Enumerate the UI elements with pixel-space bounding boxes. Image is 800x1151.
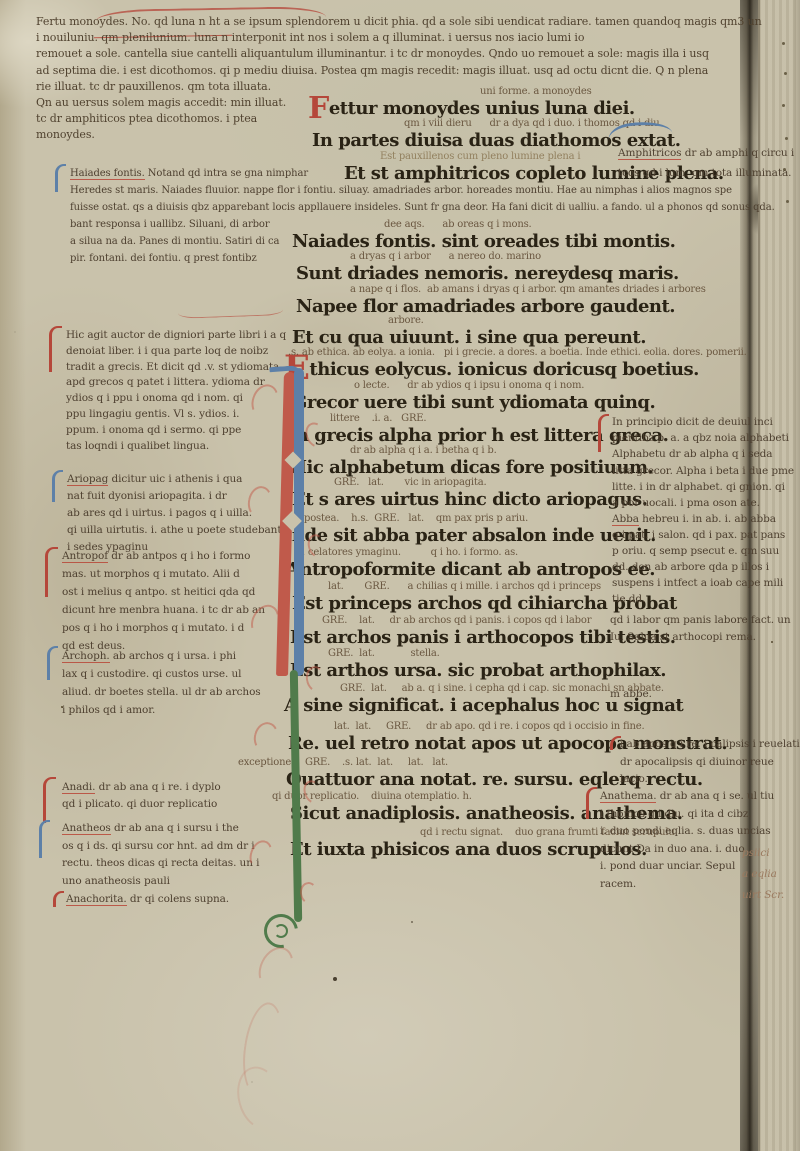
verse-line: qd i rectu signat. duo grana frumti faci… (290, 839, 647, 861)
gloss-lemma: Haiades fontis. (70, 168, 145, 180)
left-gloss-antropos: Antropof dr ab antpos q i ho i formo mas… (62, 547, 265, 655)
gloss-text: i ab apos q i re. i calipsis i reuelatio… (620, 738, 800, 785)
verse-text: thicus eolycus. ionicus doricusq boetius… (309, 359, 699, 380)
gloss-text: m abbe. (610, 688, 652, 700)
initial-spiral-curl (274, 924, 288, 938)
interlinear-gloss: a nape q i flos. ab amans i dryas q i ar… (350, 284, 706, 296)
verse-line: GRE. lat. vic in ariopagita.Et s ares ui… (292, 489, 647, 511)
interlinear-gloss: lat. lat. GRE. dr ab apo. qd i re. i cop… (334, 721, 644, 733)
paraph-mark (52, 470, 63, 502)
interlinear-gloss: lat. GRE. a chilias q i mille. i archos … (328, 581, 601, 593)
interlinear-gloss: .s. ab ethica. ab eolya. a ionia. pi i g… (288, 347, 747, 359)
gloss-text: hebreu i. in ab. i. ab abba q i pat. i s… (612, 513, 785, 605)
left-gloss-anadiplosis: Anadi. dr ab ana q i re. i dyplo qd i pl… (62, 779, 221, 813)
interlinear-gloss: arbore. (388, 315, 424, 327)
right-gloss-arthocopi: qd i labor qm panis labore fact. un Iu. … (610, 612, 791, 646)
gloss-lemma: Anathema. (600, 790, 656, 803)
ink-specks (333, 977, 337, 981)
paraph-mark (610, 736, 621, 750)
left-gloss-anachorita: Anachorita. dr qi colens supna. (66, 891, 229, 907)
gloss-lemma: Anadi. (62, 781, 95, 794)
initial-green-stroke (290, 670, 302, 922)
paraph-mark (55, 164, 66, 192)
gloss-lemma: Archoph. (62, 650, 110, 663)
verse-line: a nape q i flos. ab amans i dryas q i ar… (296, 296, 675, 318)
verse-text: Grecor uere tibi sunt ydiomata quinq. (292, 392, 655, 413)
gloss-text: dr ab antpos q i ho i formo mas. ut morp… (62, 550, 265, 652)
paraph-mark (47, 646, 58, 680)
rubricated-initial: F (308, 91, 329, 126)
verse-text: Inde sit abba pater absalon inde uenit. (284, 525, 656, 546)
verse-line: .i. celatores ymaginu. q i ho. i formo. … (286, 559, 655, 581)
verse-text: Antropoformite dicant ab antropos ee. (286, 559, 655, 580)
interlinear-gloss: Est pauxillenos cum pleno lumine plena i (380, 151, 580, 163)
gloss-lemma: Anatheos (62, 822, 111, 835)
interlinear-gloss: GRE. lat. vic in ariopagita. (334, 477, 486, 489)
paraph-mark (49, 326, 62, 372)
gloss-lemma: Abba (612, 513, 639, 526)
verse-line: GRE. lat. stella.Est arthos ursa. sic pr… (290, 660, 666, 682)
paraph-mark (39, 820, 50, 858)
gloss-text: In principio dicit de deuiul inci pienti… (612, 416, 794, 509)
verse-line: arbore.Et cu qua uiuunt. i sine qua pere… (292, 327, 646, 349)
decorated-initial-i (254, 366, 318, 1126)
paraph-mark (45, 547, 58, 597)
right-gloss-apocalipsis: i ab apos q i re. i calipsis i reuelatio… (620, 736, 800, 789)
paraph-mark (53, 891, 64, 907)
right-gloss-faded-fragment: psiici a eqlia uirt Scr. (742, 843, 784, 906)
verse-text: Hic alphabetum dicas fore positiuum. (290, 457, 653, 478)
interlinear-gloss: littere .i. a. GRE. (330, 413, 426, 425)
sewing-holes (782, 42, 785, 45)
interlinear-gloss: postea. h.s. GRE. lat. qm pax pris p ari… (304, 513, 528, 525)
interlinear-gloss: .i. celatores ymaginu. q i ho. i formo. … (296, 547, 518, 559)
gloss-lemma: Anachorita. (66, 893, 127, 906)
red-penwork-squiggle (178, 304, 283, 319)
interlinear-gloss: dr ab alpha q i a. i betha q i b. (350, 445, 497, 457)
interlinear-gloss: GRE. lat. stella. (328, 648, 440, 660)
verse-text: ettur monoydes unius luna diei. (329, 98, 635, 119)
gloss-text: psiici a eqlia uirt Scr. (742, 847, 784, 901)
verse-line: postea. h.s. GRE. lat. qm pax pris p ari… (284, 525, 656, 547)
left-gloss-archophilax: Archoph. ab archos q i ursa. i phi lax q… (62, 647, 261, 719)
verse-line: dr ab alpha q i a. i betha q i b.Hic alp… (290, 457, 653, 479)
gloss-lemma: Amphitricos (618, 147, 681, 160)
right-gloss-abba: Abba hebreu i. in ab. i. ab abba q i pat… (612, 511, 785, 607)
gloss-lemma: Ariopag (67, 473, 108, 486)
verse-text: Et s ares uirtus hinc dicto ariopagus. (292, 489, 647, 510)
verse-line: uni forme. a monoydesFettur monoydes uni… (308, 98, 635, 120)
verse-text: Est arthos ursa. sic probat arthophilax. (290, 660, 666, 681)
right-gloss-fragment-abbe: m abbe. (610, 686, 652, 702)
left-gloss-anatheosis: Anatheos dr ab ana q i sursu i the os q … (62, 820, 259, 890)
verse-line: o lecte. dr ab ydios q i ipsu i onoma q … (292, 392, 655, 414)
verse-text: Et cu qua uiuunt. i sine qua pereunt. (292, 327, 646, 348)
interlinear-gloss: o lecte. dr ab ydios q i ipsu i onoma q … (354, 380, 584, 392)
verse-text: Et iuxta phisicos ana duos scrupulos. (290, 839, 647, 860)
verse-line: .s. ab ethica. ab eolya. a ionia. pi i g… (284, 359, 699, 381)
verse-text: Napee flor amadriades arbore gaudent. (296, 296, 675, 317)
paraph-mark (586, 787, 597, 819)
gloss-text: dr qi colens supna. (127, 893, 229, 905)
gloss-text: qd i labor qm panis labore fact. un Iu. … (610, 614, 791, 643)
right-gloss-amphitricos: Amphitricos dr ab amphi q circu i tcos q… (618, 143, 794, 183)
penwork-flourish (252, 941, 300, 995)
interlinear-gloss: GRE. lat. dr ab archos qd i panis. i cop… (322, 615, 591, 627)
penwork-flourish (251, 720, 282, 755)
paraph-mark (598, 414, 609, 452)
left-gloss-ariopagus: Ariopag dicitur uic i athenis i qua nat … (67, 471, 281, 556)
manuscript-page: Fertu monoydes. No. qd luna n ht a se ip… (0, 0, 800, 1151)
paraph-mark (43, 777, 56, 823)
penwork-flourish (230, 1061, 289, 1134)
right-gloss-in-principio: In principio dicit de deuiul inci pienti… (612, 414, 794, 511)
gloss-lemma: Antropof (62, 550, 108, 563)
interlinear-gloss: uni forme. a monoydes (480, 86, 592, 98)
